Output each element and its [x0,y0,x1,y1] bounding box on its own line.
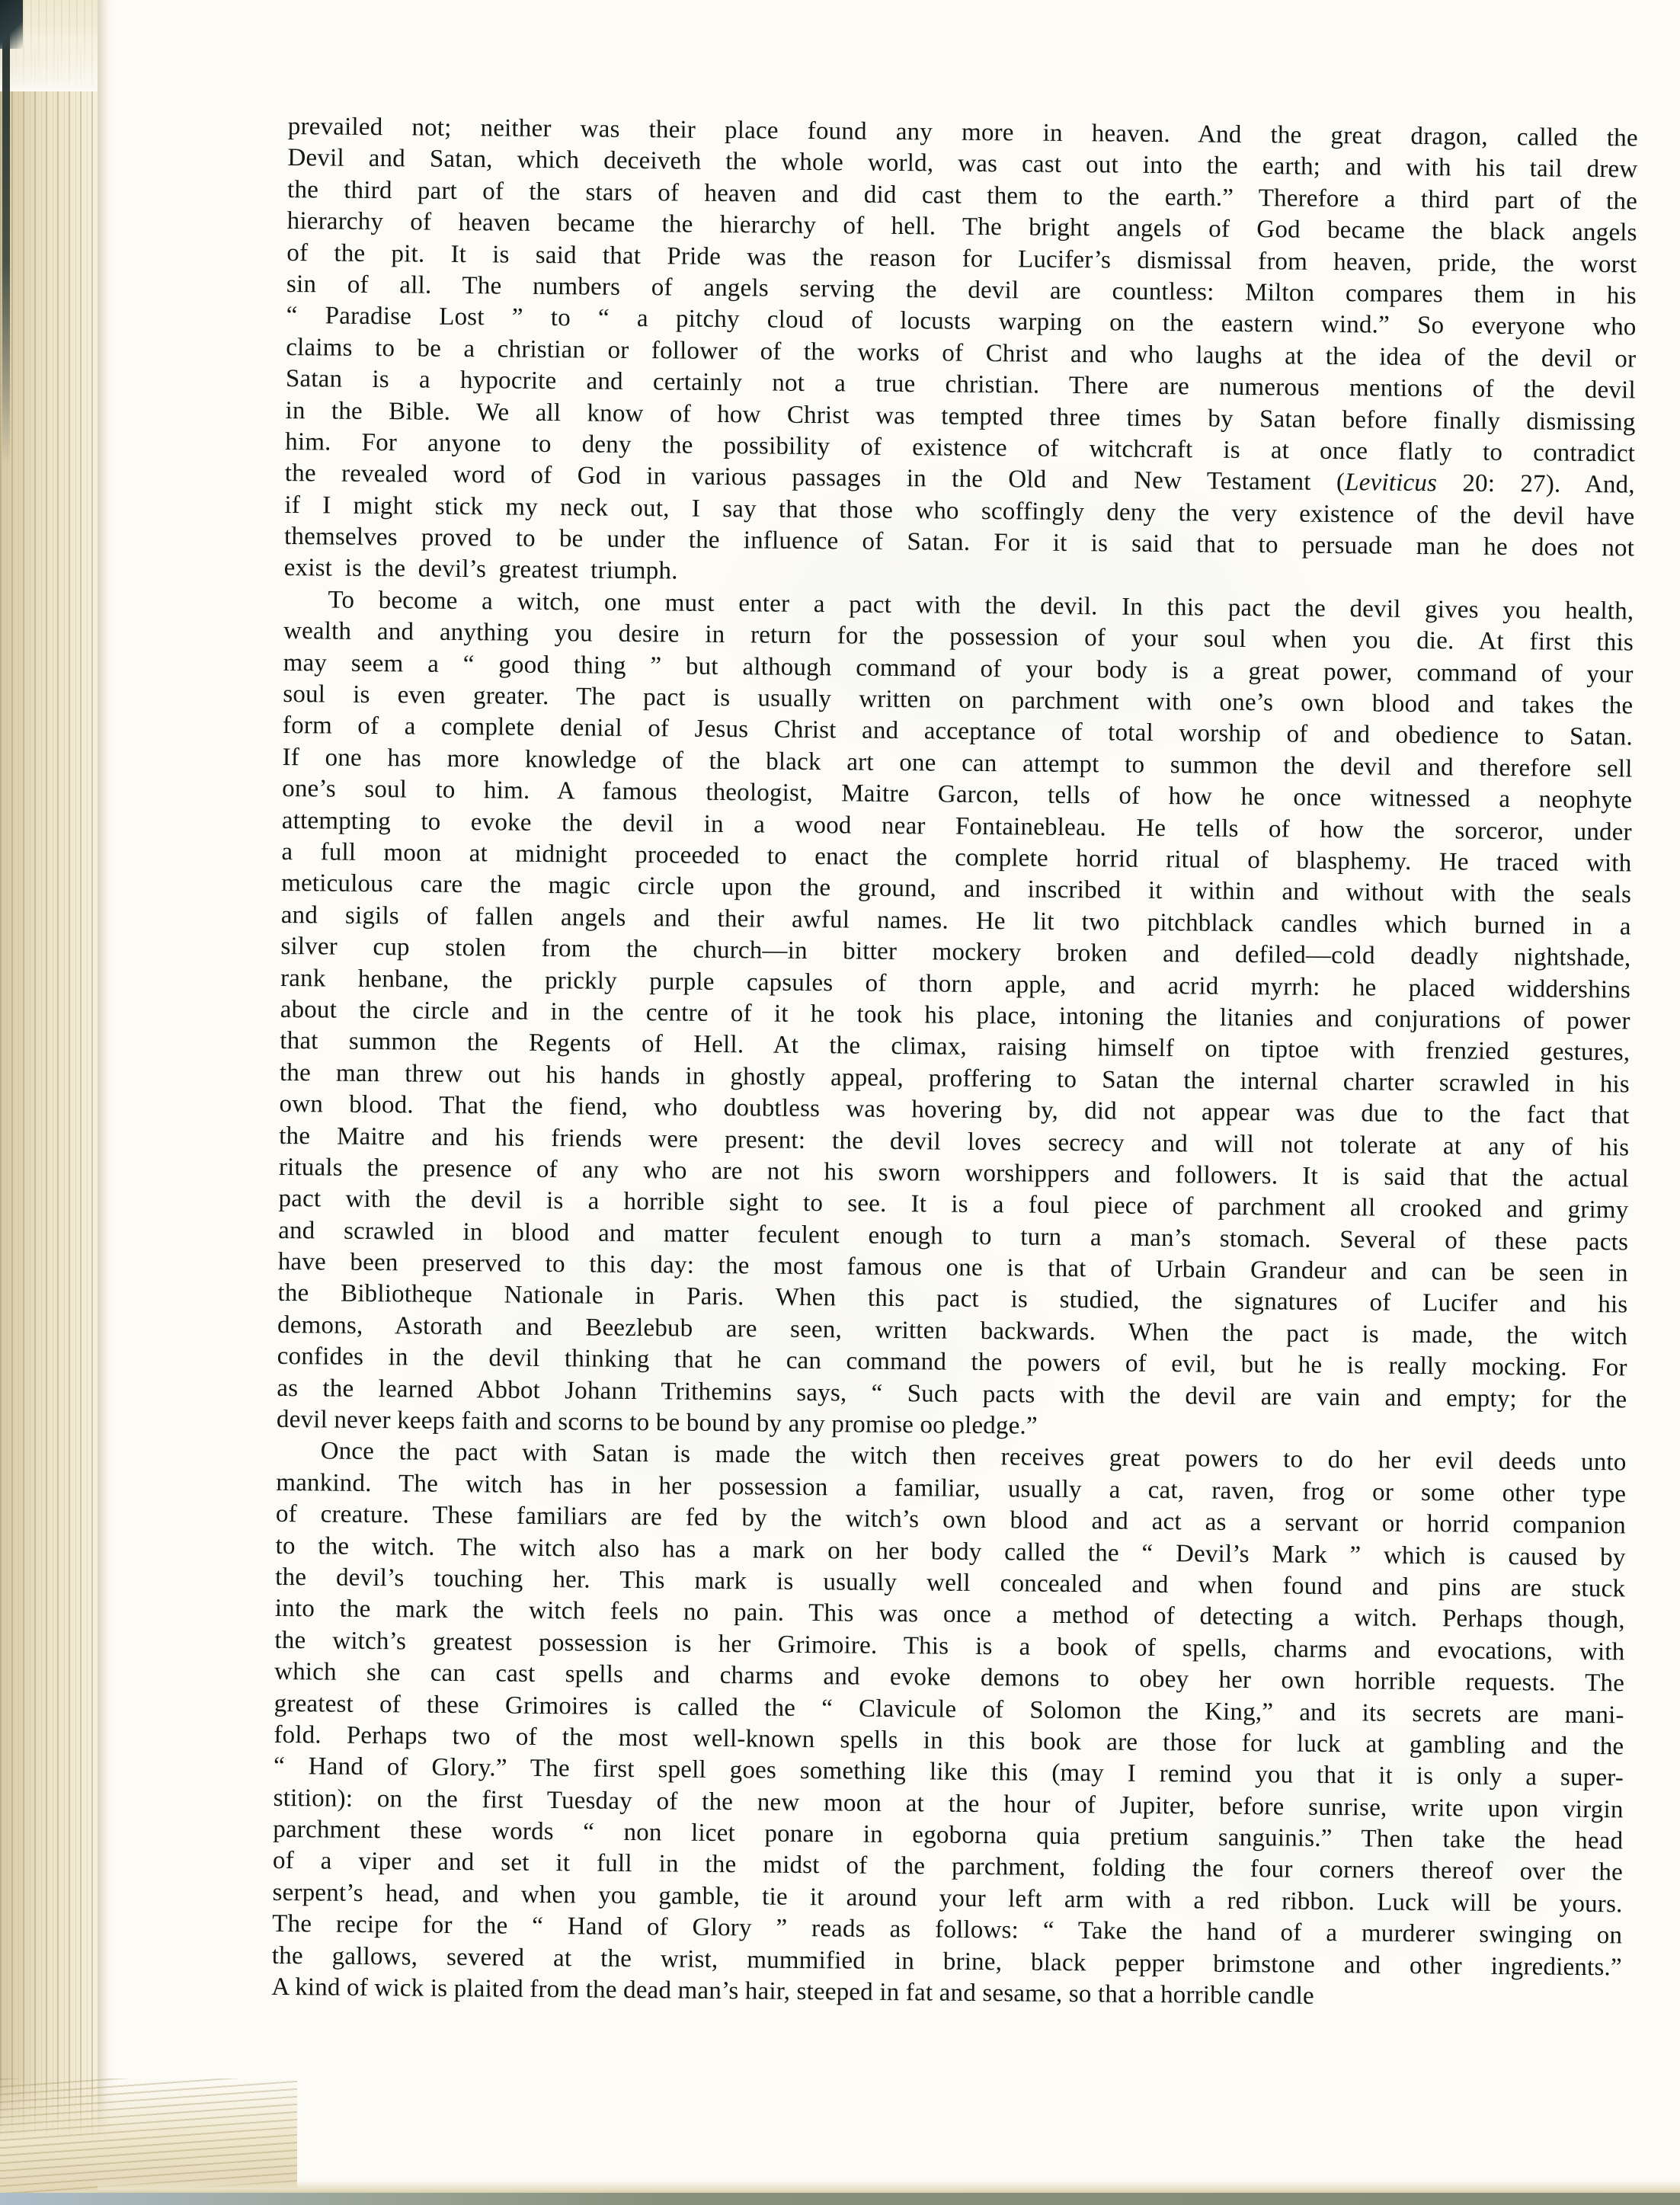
page-bottom-edge [98,2181,1680,2193]
text-run: 20: 27). And, [1437,469,1635,498]
book-cover-corner [0,0,23,49]
paragraph: prevailed not; neither was their place f… [284,111,1638,596]
book-cover-sliver [2,15,10,465]
book-scan: prevailed not; neither was their place f… [0,0,1680,2205]
page-text: prevailed not; neither was their place f… [271,111,1638,2015]
text-run: A kind of wick is plaited from the dead … [271,1973,1314,2010]
paragraph: To become a witch, one must enter a pact… [277,584,1634,1448]
text-run: exist is the devil’s greatest triumph. [284,554,678,585]
text-run: devil never keeps faith and scorns to be… [277,1406,1038,1440]
italic-text-run: Leviticus [1345,469,1437,497]
bottom-left-page-stack [0,2079,297,2193]
bottom-edge-strip [0,2193,1680,2205]
paragraph: Once the pact with Satan is made the wit… [271,1435,1626,2015]
